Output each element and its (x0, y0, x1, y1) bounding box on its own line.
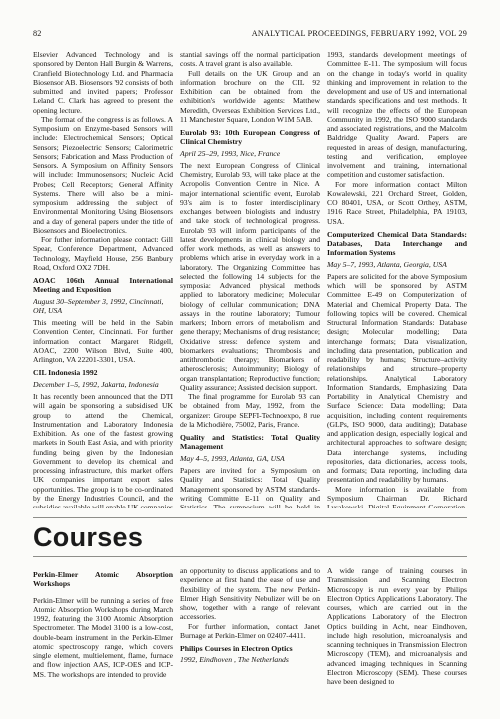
paragraph: It has recently been announced that the … (33, 392, 173, 508)
page-header: 82 ANALYTICAL PROCEEDINGS, FEBRUARY 1992… (33, 29, 467, 38)
paragraph: This meeting will be held in the Sabin C… (33, 318, 173, 364)
courses-section-header: Courses (33, 517, 467, 557)
meetings-column-2: stantial savings off the normal particip… (180, 50, 320, 508)
page-number: 82 (33, 29, 42, 38)
paragraph: More information is available from Sympo… (327, 485, 467, 508)
paragraph: The final programme for Eurolab 93 can b… (180, 392, 320, 429)
courses-section-title: Courses (33, 524, 467, 551)
journal-page: 82 ANALYTICAL PROCEEDINGS, FEBRUARY 1992… (0, 0, 500, 719)
event-heading: AOAC 106th Annual International Meeting … (33, 276, 173, 295)
paragraph: For further information, contact Janet B… (180, 622, 320, 641)
event-heading: Eurolab 93: 10th European Congress of Cl… (180, 128, 320, 147)
event-date: May 4–5, 1993, Atlanta, GA, USA (180, 454, 320, 463)
courses-section: Perkin-Elmer Atomic Absorption Workshops… (33, 566, 467, 686)
paragraph: The format of the congress is as follows… (33, 115, 173, 235)
course-date: 1992, Eindhoven , The Netherlands (180, 655, 320, 664)
meetings-section: Elsevier Advanced Technology and is spon… (33, 50, 467, 508)
event-date: April 25–29, 1993, Nice, France (180, 149, 320, 158)
event-date: August 30–September 3, 1992, Cincinnati,… (33, 297, 173, 316)
paragraph: A wide range of training courses in Tran… (327, 566, 467, 686)
courses-column-1: Perkin-Elmer Atomic Absorption Workshops… (33, 566, 173, 686)
journal-title-line: ANALYTICAL PROCEEDINGS, FEBRUARY 1992, V… (252, 29, 467, 38)
paragraph: stantial savings off the normal particip… (180, 50, 320, 69)
paragraph: Perkin-Elmer will be running a series of… (33, 596, 173, 679)
event-heading: CIL Indonesia 1992 (33, 368, 173, 377)
course-heading: Perkin-Elmer Atomic Absorption Workshops (33, 570, 173, 589)
paragraph: Elsevier Advanced Technology and is spon… (33, 50, 173, 115)
event-heading: Quality and Statistics: Total Quality Ma… (180, 433, 320, 452)
paragraph: For futher information please contact: G… (33, 235, 173, 272)
paragraph: The next European Congress of Clinical C… (180, 161, 320, 392)
course-heading: Philips Courses in Electron Optics (180, 644, 320, 653)
meetings-column-1: Elsevier Advanced Technology and is spon… (33, 50, 173, 508)
paragraph: Full details on the UK Group and an info… (180, 69, 320, 125)
event-date: May 5–7, 1993, Atlanta, Georgia, USA (327, 260, 467, 269)
paragraph: Papers are invited for a Symposium on Qu… (180, 466, 320, 508)
paragraph: an opportunity to discuss applications a… (180, 566, 320, 622)
courses-column-3: A wide range of training courses in Tran… (327, 566, 467, 686)
paragraph: Papers are solicited for the above Sympo… (327, 272, 467, 485)
courses-column-2: an opportunity to discuss applications a… (180, 566, 320, 686)
meetings-column-3: 1993, standards development meetings of … (327, 50, 467, 508)
paragraph: 1993, standards development meetings of … (327, 50, 467, 180)
event-date: December 1–5, 1992, Jakarta, Indonesia (33, 380, 173, 389)
event-heading: Computerized Chemical Data Standards: Da… (327, 230, 467, 258)
paragraph: For more information contact Milton Kowa… (327, 180, 467, 226)
